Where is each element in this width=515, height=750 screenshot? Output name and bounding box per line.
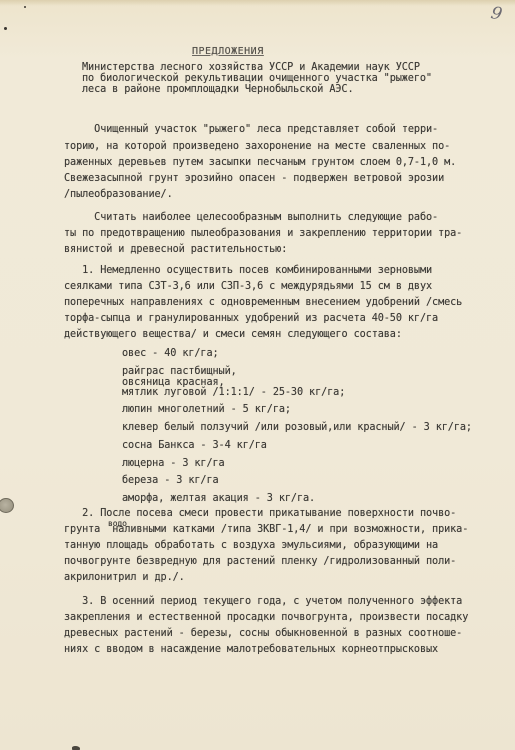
purpose-line: Считать наиболее целесообразным выполнит…: [64, 212, 438, 223]
item2-line: танную площадь обработать с воздуха эмул…: [64, 540, 438, 551]
item2-line: акрилонитрил и др./.: [64, 572, 185, 583]
seed-mix-item: овес - 40 кг/га;: [122, 348, 219, 359]
seed-mix-item: береза - 3 кг/га: [122, 475, 219, 486]
item2-line: грунта наливными катками /типа ЗКВГ-1,4/…: [64, 524, 468, 535]
intro-line: Свежезасыпной грунт эрозийно опасен - по…: [64, 173, 444, 184]
seed-mix-item: райграс пастбищный,: [122, 366, 237, 377]
seed-mix-item: аморфа, желтая акация - 3 кг/га.: [122, 493, 315, 504]
purpose-line: вянистой и древесной растительностью:: [64, 244, 287, 255]
seed-mix-item: сосна Банкса - 3-4 кг/га: [122, 440, 267, 451]
subtitle-line: леса в районе промплощадки Чернобыльской…: [82, 84, 354, 95]
item1-line: сеялками типа СЗТ-3,6 или СЗП-3,6 с межд…: [64, 281, 432, 292]
item3-line: 3. В осенний период текущего года, с уче…: [64, 596, 462, 607]
seed-mix-item: люпин многолетний - 5 кг/га;: [122, 404, 291, 415]
item1-line: поперечных направлениях с одновременным …: [64, 297, 462, 308]
subtitle-line: по биологической рекультивации очищенног…: [82, 73, 432, 84]
seed-mix-item: мятлик луговой /1:1:1/ - 25-30 кг/га;: [122, 387, 345, 398]
handwritten-page-number: 9: [489, 3, 504, 25]
punch-hole: [0, 498, 14, 513]
purpose-line: ты по предотвращению пылеобразования и з…: [64, 228, 462, 239]
intro-line: торию, на которой произведено захоронени…: [64, 141, 450, 152]
ink-speck: [4, 27, 7, 30]
page-edge-shadow: [0, 0, 515, 6]
item3-line: закрепления и естественной просадки почв…: [64, 612, 468, 623]
subtitle-line: Министерства лесного хозяйства УССР и Ак…: [82, 62, 420, 73]
item1-line: действующего вещества/ и смеси семян сле…: [64, 329, 402, 340]
intro-line: раженных деревьев путем засыпки песчаным…: [64, 157, 456, 168]
paper-mark: [72, 746, 80, 750]
item1-line: торфа-сыпца и гранулированных удобрений …: [64, 313, 438, 324]
item2-line: 2. После посева смеси провести прикатыва…: [64, 508, 456, 519]
intro-line: /пылеобразование/.: [64, 189, 173, 200]
document-page: 9 ПРЕДЛОЖЕНИЯ Министерства лесного хозяй…: [0, 0, 515, 750]
seed-mix-item: люцерна - 3 кг/га: [122, 458, 225, 469]
seed-mix-item: клевер белый ползучий /или розовый,или к…: [122, 422, 472, 433]
document-title: ПРЕДЛОЖЕНИЯ: [192, 46, 264, 57]
item3-line: ниях с вводом в насаждение малотребовате…: [64, 644, 438, 655]
item1-line: 1. Немедленно осуществить посев комбинир…: [64, 265, 432, 276]
item3-line: древесных растений - березы, сосны обыкн…: [64, 628, 462, 639]
item2-line: почвогрунте безвредную для растений плен…: [64, 556, 456, 567]
ink-speck: [24, 6, 26, 8]
intro-line: Очищенный участок "рыжего" леса представ…: [64, 124, 438, 135]
